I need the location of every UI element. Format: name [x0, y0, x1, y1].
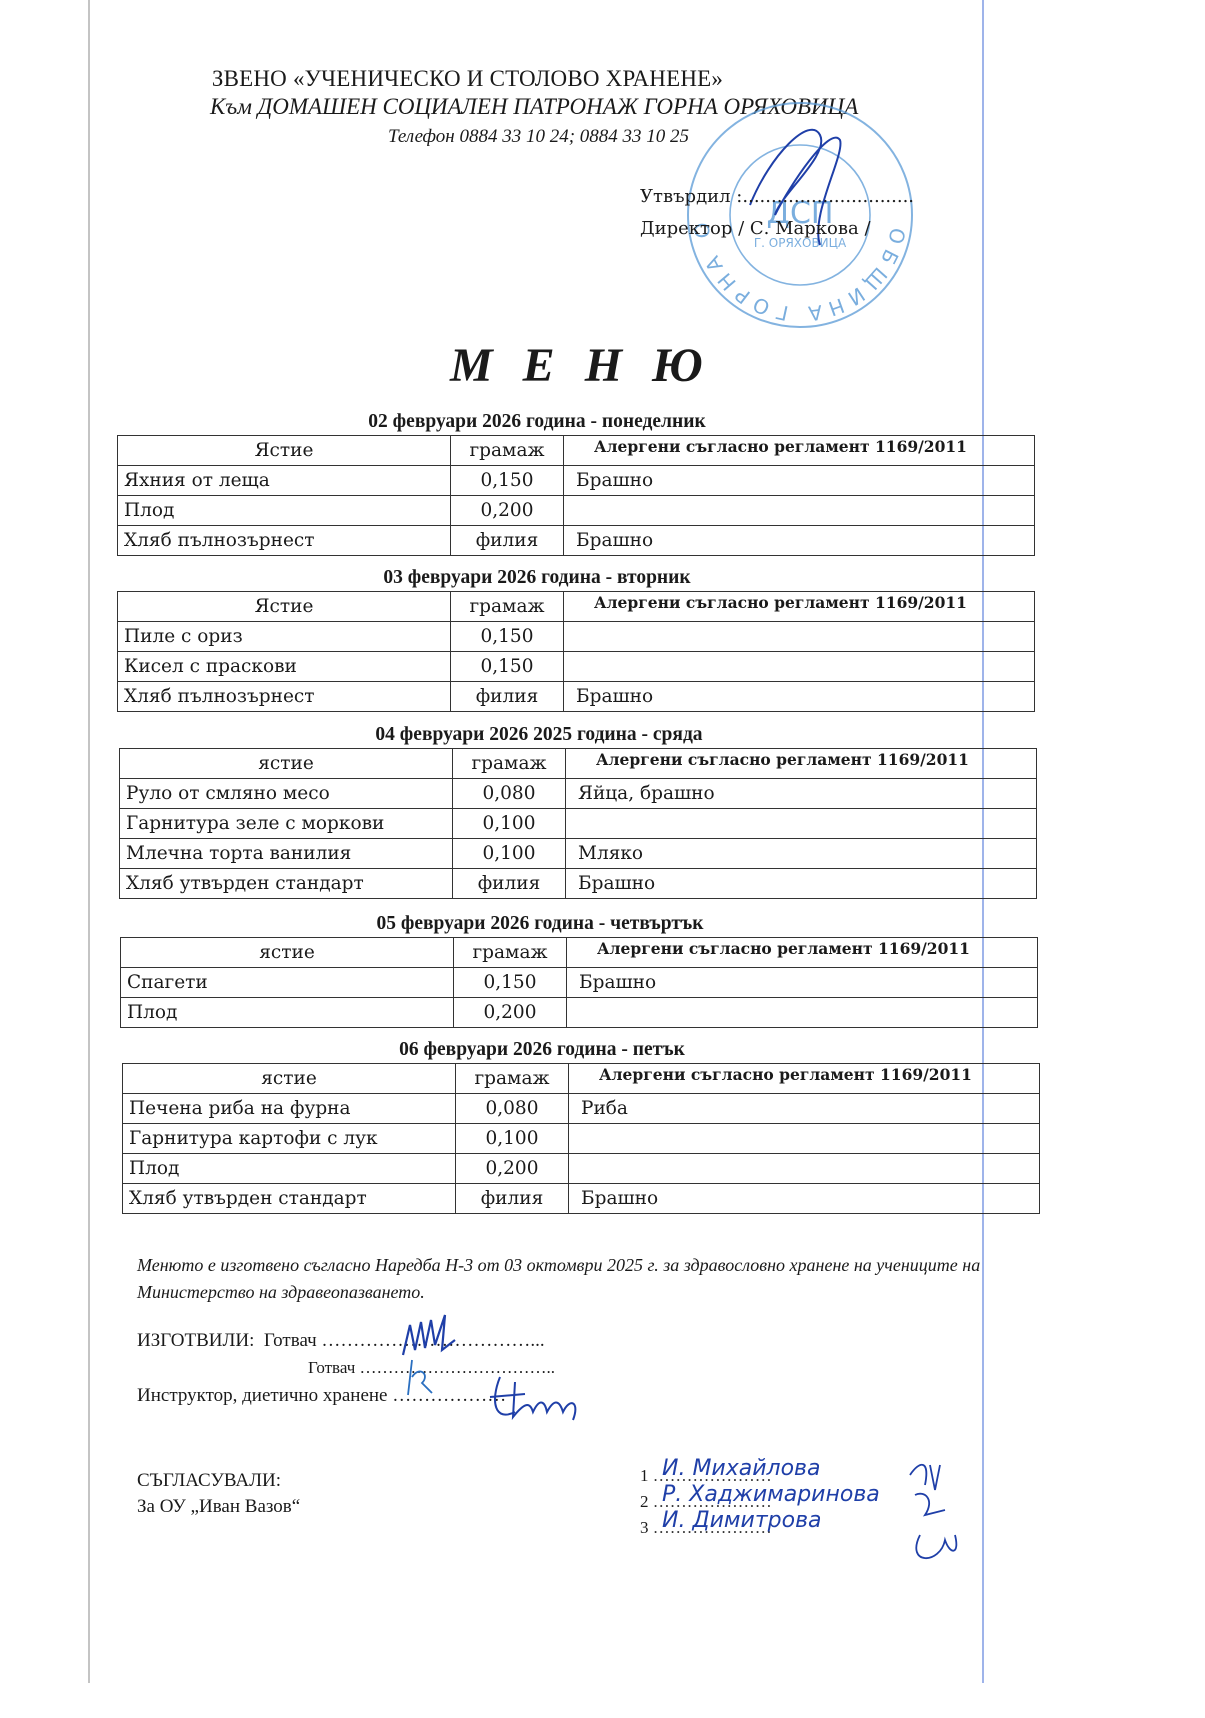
column-header-allergens: Алергени съгласно регламент 1169/2011: [564, 592, 1035, 622]
dish-name: Спагети: [121, 968, 454, 998]
signatory-number: 2: [640, 1492, 649, 1511]
dish-allergens: Брашно: [564, 682, 1035, 712]
dish-allergens: [564, 496, 1035, 526]
dish-name: Яхния от леща: [118, 466, 451, 496]
day-heading: 02 февруари 2026 година - понеделник: [127, 411, 947, 433]
dish-grams: 0,150: [454, 968, 567, 998]
table-header-row: ястиеграмажАлергени съгласно регламент 1…: [123, 1064, 1040, 1094]
column-header-dish: ястие: [120, 749, 453, 779]
dish-name: Руло от смляно месо: [120, 779, 453, 809]
dish-allergens: Яйца, брашно: [566, 779, 1037, 809]
signatory-signature: И. Димитрова: [662, 1508, 822, 1533]
dish-allergens: Брашно: [564, 466, 1035, 496]
menu-table: ястиеграмажАлергени съгласно регламент 1…: [122, 1063, 1040, 1214]
prepared-by-label-line: ИЗГОТВИЛИ: Готвач ……………………………...: [137, 1330, 545, 1352]
table-row: Руло от смляно месо0,080Яйца, брашно: [120, 779, 1037, 809]
column-header-dish: ястие: [121, 938, 454, 968]
dish-allergens: Брашно: [569, 1184, 1040, 1214]
table-row: Гарнитура зеле с моркови0,100: [120, 809, 1037, 839]
dish-grams: 0,100: [453, 839, 566, 869]
table-row: Плод0,200: [123, 1154, 1040, 1184]
menu-table: ястиеграмажАлергени съгласно регламент 1…: [119, 748, 1037, 899]
dish-grams: 0,200: [451, 496, 564, 526]
signatory-number: 3: [640, 1518, 649, 1537]
dish-name: Хляб утвърден стандарт: [120, 869, 453, 899]
dish-allergens: Риба: [569, 1094, 1040, 1124]
agreed-by-label: СЪГЛАСУВАЛИ:: [137, 1470, 281, 1492]
dish-grams: филия: [456, 1184, 569, 1214]
menu-table: ястиеграмажАлергени съгласно регламент 1…: [120, 937, 1038, 1028]
column-header-dish: Ястие: [118, 436, 451, 466]
unit-title-text: ЗВЕНО «УЧЕНИЧЕСКО И СТОЛОВО ХРАНЕНЕ»: [212, 66, 723, 92]
phone-numbers: Телефон 0884 33 10 24; 0884 33 10 25: [388, 126, 689, 148]
dish-grams: 0,100: [456, 1124, 569, 1154]
table-header-row: ЯстиеграмажАлергени съгласно регламент 1…: [118, 436, 1035, 466]
dish-grams: 0,080: [456, 1094, 569, 1124]
dish-name: Печена риба на фурна: [123, 1094, 456, 1124]
signature-school-icon: [900, 1455, 980, 1575]
column-header-grams: грамаж: [453, 749, 566, 779]
dish-allergens: Брашно: [566, 869, 1037, 899]
day-heading: 06 февруари 2026 година - петък: [132, 1039, 952, 1061]
dish-grams: 0,080: [453, 779, 566, 809]
dish-grams: филия: [453, 869, 566, 899]
dish-name: Гарнитура зеле с моркови: [120, 809, 453, 839]
prepared-by-label: ИЗГОТВИЛИ:: [137, 1330, 254, 1351]
column-header-allergens: Алергени съгласно регламент 1169/2011: [564, 436, 1035, 466]
dish-grams: филия: [451, 682, 564, 712]
scan-edge-left: [88, 0, 90, 1683]
signatory-signature: Р. Хаджимаринова: [662, 1482, 880, 1507]
dish-grams: 0,200: [456, 1154, 569, 1184]
dish-grams: 0,150: [451, 652, 564, 682]
table-header-row: ястиеграмажАлергени съгласно регламент 1…: [120, 749, 1037, 779]
dish-allergens: [564, 622, 1035, 652]
dish-allergens: [569, 1124, 1040, 1154]
menu-table: ЯстиеграмажАлергени съгласно регламент 1…: [117, 435, 1035, 556]
column-header-grams: грамаж: [456, 1064, 569, 1094]
dish-name: Кисел с праскови: [118, 652, 451, 682]
dish-allergens: Брашно: [564, 526, 1035, 556]
dish-name: Плод: [123, 1154, 456, 1184]
table-row: Плод0,200: [118, 496, 1035, 526]
dish-allergens: Брашно: [567, 968, 1038, 998]
dish-allergens: [566, 809, 1037, 839]
approved-by-line: Утвърдил :..............................: [640, 186, 914, 207]
dish-grams: 0,150: [451, 622, 564, 652]
day-heading: 03 февруари 2026 година - вторник: [127, 567, 947, 589]
dish-grams: 0,150: [451, 466, 564, 496]
table-header-row: ЯстиеграмажАлергени съгласно регламент 1…: [118, 592, 1035, 622]
dish-name: Гарнитура картофи с лук: [123, 1124, 456, 1154]
dish-name: Хляб утвърден стандарт: [123, 1184, 456, 1214]
column-header-allergens: Алергени съгласно регламент 1169/2011: [567, 938, 1038, 968]
signatory-number: 1: [640, 1466, 649, 1485]
table-row: Хляб пълнозърнестфилияБрашно: [118, 682, 1035, 712]
unit-title: ЗВЕНО «УЧЕНИЧЕСКО И СТОЛОВО ХРАНЕНЕ»: [0, 66, 1205, 92]
table-row: Спагети0,150Брашно: [121, 968, 1038, 998]
table-row: Пиле с ориз0,150: [118, 622, 1035, 652]
menu-table: ЯстиеграмажАлергени съгласно регламент 1…: [117, 591, 1035, 712]
dish-name: Плод: [121, 998, 454, 1028]
school-name: За ОУ „Иван Вазов“: [137, 1496, 300, 1518]
column-header-dish: ястие: [123, 1064, 456, 1094]
column-header-allergens: Алергени съгласно регламент 1169/2011: [569, 1064, 1040, 1094]
table-row: Хляб утвърден стандартфилияБрашно: [123, 1184, 1040, 1214]
dish-name: Пиле с ориз: [118, 622, 451, 652]
dish-grams: филия: [451, 526, 564, 556]
dish-name: Плод: [118, 496, 451, 526]
dish-name: Хляб пълнозърнест: [118, 682, 451, 712]
dish-allergens: [567, 998, 1038, 1028]
table-row: Плод0,200: [121, 998, 1038, 1028]
cook-1-line: Готвач ……………………………...: [264, 1330, 545, 1351]
dish-allergens: [569, 1154, 1040, 1184]
table-header-row: ястиеграмажАлергени съгласно регламент 1…: [121, 938, 1038, 968]
table-row: Хляб утвърден стандартфилияБрашно: [120, 869, 1037, 899]
dish-name: Млечна торта ванилия: [120, 839, 453, 869]
table-row: Хляб пълнозърнестфилияБрашно: [118, 526, 1035, 556]
column-header-grams: грамаж: [451, 436, 564, 466]
cook-2-line: Готвач ……………………………..: [308, 1358, 555, 1378]
regulation-note: Менюто е изготвено съгласно Наредба Н-3 …: [137, 1252, 1097, 1306]
director-line: Директор / С. Маркова /: [640, 218, 871, 239]
official-stamp-icon: ОБЩИНА ГОРНА ОРЯХОВИЦА ДСП Г. ОРЯХОВИЦА: [680, 95, 920, 335]
table-row: Кисел с праскови0,150: [118, 652, 1035, 682]
day-heading: 05 февруари 2026 година - четвъртък: [130, 913, 950, 935]
signatory-signature: И. Михайлова: [662, 1456, 821, 1481]
menu-title: МЕНЮ: [450, 338, 733, 393]
column-header-allergens: Алергени съгласно регламент 1169/2011: [566, 749, 1037, 779]
dish-name: Хляб пълнозърнест: [118, 526, 451, 556]
dish-allergens: Мляко: [566, 839, 1037, 869]
day-heading: 04 февруари 2026 2025 година - сряда: [129, 724, 949, 746]
table-row: Гарнитура картофи с лук0,100: [123, 1124, 1040, 1154]
column-header-dish: Ястие: [118, 592, 451, 622]
table-row: Млечна торта ванилия0,100Мляко: [120, 839, 1037, 869]
dish-grams: 0,200: [454, 998, 567, 1028]
table-row: Печена риба на фурна0,080Риба: [123, 1094, 1040, 1124]
column-header-grams: грамаж: [451, 592, 564, 622]
menu-document: ЗВЕНО «УЧЕНИЧЕСКО И СТОЛОВО ХРАНЕНЕ» Към…: [0, 0, 1205, 1718]
instructor-line: Инструктор, диетично хранене ………………: [137, 1385, 506, 1407]
column-header-grams: грамаж: [454, 938, 567, 968]
dish-grams: 0,100: [453, 809, 566, 839]
table-row: Яхния от леща0,150Брашно: [118, 466, 1035, 496]
dish-allergens: [564, 652, 1035, 682]
signatory-row: 3 ………………… И. Димитрова: [640, 1518, 772, 1538]
